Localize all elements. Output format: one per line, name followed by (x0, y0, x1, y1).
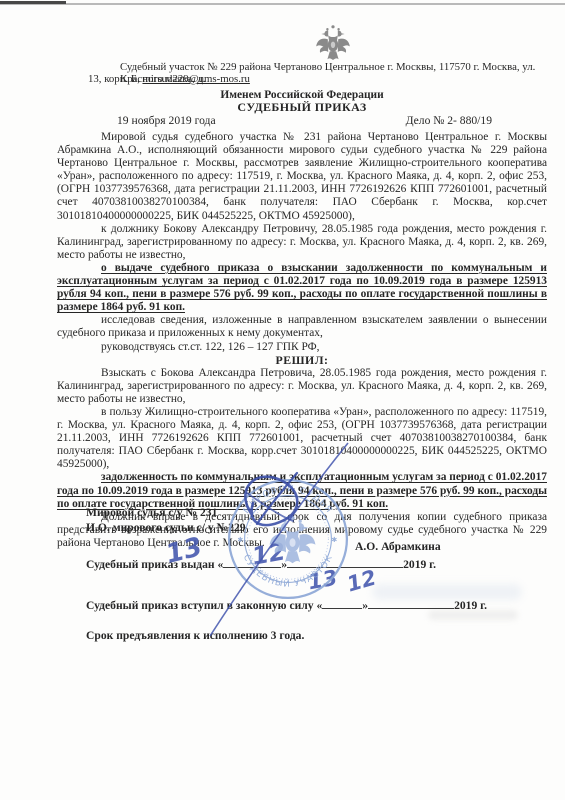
court-address-line2: 13, корп. Б, mirsud229@ums-mos.ru (88, 73, 528, 85)
scan-artifact-line (0, 3, 565, 5)
paragraph-debtor: к должнику Бокову Александру Петровичу, … (57, 223, 547, 262)
paragraph-guided: руководствуясь ст.ст. 122, 126 – 127 ГПК… (57, 341, 547, 354)
case-number: Дело № 2- 880/19 (406, 114, 547, 127)
effective-suffix: 2019 г. (454, 599, 487, 612)
paragraph-collect: Взыскать с Бокова Александра Петровича, … (57, 367, 547, 406)
enforcement-term-line: Срок предъявления к исполнению 3 года. (86, 629, 304, 642)
court-address-line2-prefix: 13, корп. Б, (88, 73, 142, 85)
judge-name: А.О. Абрамкина (355, 540, 441, 553)
scan-artifact-dark-segment (0, 1, 66, 4)
stamp-star-right: ✱ (331, 536, 337, 544)
document-heading: Именем Российской Федерации СУДЕБНЫЙ ПРИ… (57, 89, 547, 114)
date-case-row: 19 ноября 2019 года Дело № 2- 880/19 (57, 114, 547, 127)
stamp-eagle-icon (270, 516, 316, 563)
paragraph-favor: в пользу Жилищно-строительного кооперати… (57, 406, 547, 471)
issued-prefix: Судебный приказ выдан « (86, 558, 223, 571)
document-title: СУДЕБНЫЙ ПРИКАЗ (57, 101, 547, 114)
coat-of-arms-icon (312, 24, 354, 64)
scanned-court-order-page: Судебный участок № 229 района Чертаново … (0, 0, 565, 800)
court-seal-stamp: МИРОВОЙ СУДЬЯ СУДЕБНЫЙ УЧАСТОК ✱ ✱ (226, 477, 350, 601)
document-date: 19 ноября 2019 года (57, 114, 216, 127)
paragraph-intro: Мировой судья судебного участка № 231 ра… (57, 131, 547, 223)
judge-title-line1: Мировой судья с/у № 231 (86, 505, 246, 520)
stamp-star-left: ✱ (237, 536, 243, 544)
paragraph-examined: исследовав сведения, изложенные в направ… (57, 314, 547, 340)
effective-month-blank (368, 597, 454, 609)
judge-title-block: Мировой судья с/у № 231 И.О. мирового су… (86, 505, 246, 535)
issued-suffix: 2019 г. (403, 558, 436, 571)
decision-heading: РЕШИЛ: (57, 354, 547, 367)
judge-title-line2: И.О. мирового судьи с/ у №229 (86, 520, 246, 535)
court-email-link[interactable]: mirsud229@ums-mos.ru (142, 73, 249, 85)
paragraph-subject-underlined: о выдаче судебного приказа о взыскании з… (57, 262, 547, 314)
